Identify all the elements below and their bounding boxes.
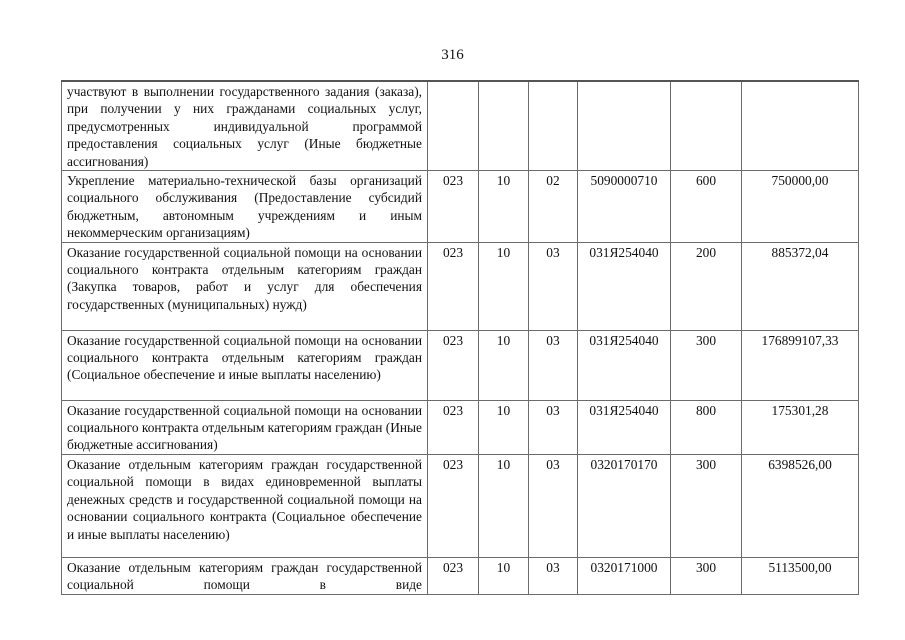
row-section-code: 10 (479, 400, 529, 454)
row-section-code: 10 (479, 171, 529, 243)
row-target-article: 5090000710 (578, 171, 671, 243)
table-row: Оказание государственной социальной помо… (62, 400, 859, 454)
row-subsection-code: 03 (529, 454, 578, 557)
row-amount: 750000,00 (742, 171, 859, 243)
table-row: Оказание государственной социальной помо… (62, 242, 859, 330)
row-target-article: 0320170170 (578, 454, 671, 557)
row-amount: 175301,28 (742, 400, 859, 454)
row-expense-type: 300 (671, 330, 742, 400)
row-amount (742, 81, 859, 171)
row-subsection-code: 03 (529, 557, 578, 594)
row-admin-code: 023 (428, 454, 479, 557)
row-target-article: 031Я254040 (578, 242, 671, 330)
row-subsection-code: 03 (529, 242, 578, 330)
row-expense-type: 600 (671, 171, 742, 243)
row-description: участвуют в выполнении государственного … (62, 81, 428, 171)
row-section-code: 10 (479, 242, 529, 330)
row-description: Укрепление материально-технической базы … (62, 171, 428, 243)
row-section-code: 10 (479, 557, 529, 594)
row-amount: 5113500,00 (742, 557, 859, 594)
table-row: участвуют в выполнении государственного … (62, 81, 859, 171)
table-row: Оказание отдельным категориям граждан го… (62, 557, 859, 594)
row-admin-code: 023 (428, 557, 479, 594)
row-description: Оказание отдельным категориям граждан го… (62, 557, 428, 594)
row-admin-code: 023 (428, 400, 479, 454)
row-expense-type (671, 81, 742, 171)
row-target-article (578, 81, 671, 171)
row-amount: 6398526,00 (742, 454, 859, 557)
row-section-code (479, 81, 529, 171)
row-target-article: 031Я254040 (578, 400, 671, 454)
row-expense-type: 200 (671, 242, 742, 330)
table-row: Укрепление материально-технической базы … (62, 171, 859, 243)
row-expense-type: 800 (671, 400, 742, 454)
row-subsection-code (529, 81, 578, 171)
row-admin-code: 023 (428, 242, 479, 330)
row-description: Оказание государственной социальной помо… (62, 400, 428, 454)
table-row: Оказание государственной социальной помо… (62, 330, 859, 400)
row-subsection-code: 03 (529, 330, 578, 400)
row-description: Оказание государственной социальной помо… (62, 242, 428, 330)
row-amount: 885372,04 (742, 242, 859, 330)
row-description: Оказание отдельным категориям граждан го… (62, 454, 428, 557)
row-amount: 176899107,33 (742, 330, 859, 400)
row-expense-type: 300 (671, 454, 742, 557)
row-section-code: 10 (479, 454, 529, 557)
row-subsection-code: 02 (529, 171, 578, 243)
row-section-code: 10 (479, 330, 529, 400)
budget-table: участвуют в выполнении государственного … (61, 80, 859, 595)
row-subsection-code: 03 (529, 400, 578, 454)
row-description: Оказание государственной социальной помо… (62, 330, 428, 400)
row-admin-code: 023 (428, 330, 479, 400)
row-target-article: 0320171000 (578, 557, 671, 594)
table-row: Оказание отдельным категориям граждан го… (62, 454, 859, 557)
row-target-article: 031Я254040 (578, 330, 671, 400)
row-admin-code (428, 81, 479, 171)
row-expense-type: 300 (671, 557, 742, 594)
page-number: 316 (0, 46, 905, 64)
row-admin-code: 023 (428, 171, 479, 243)
